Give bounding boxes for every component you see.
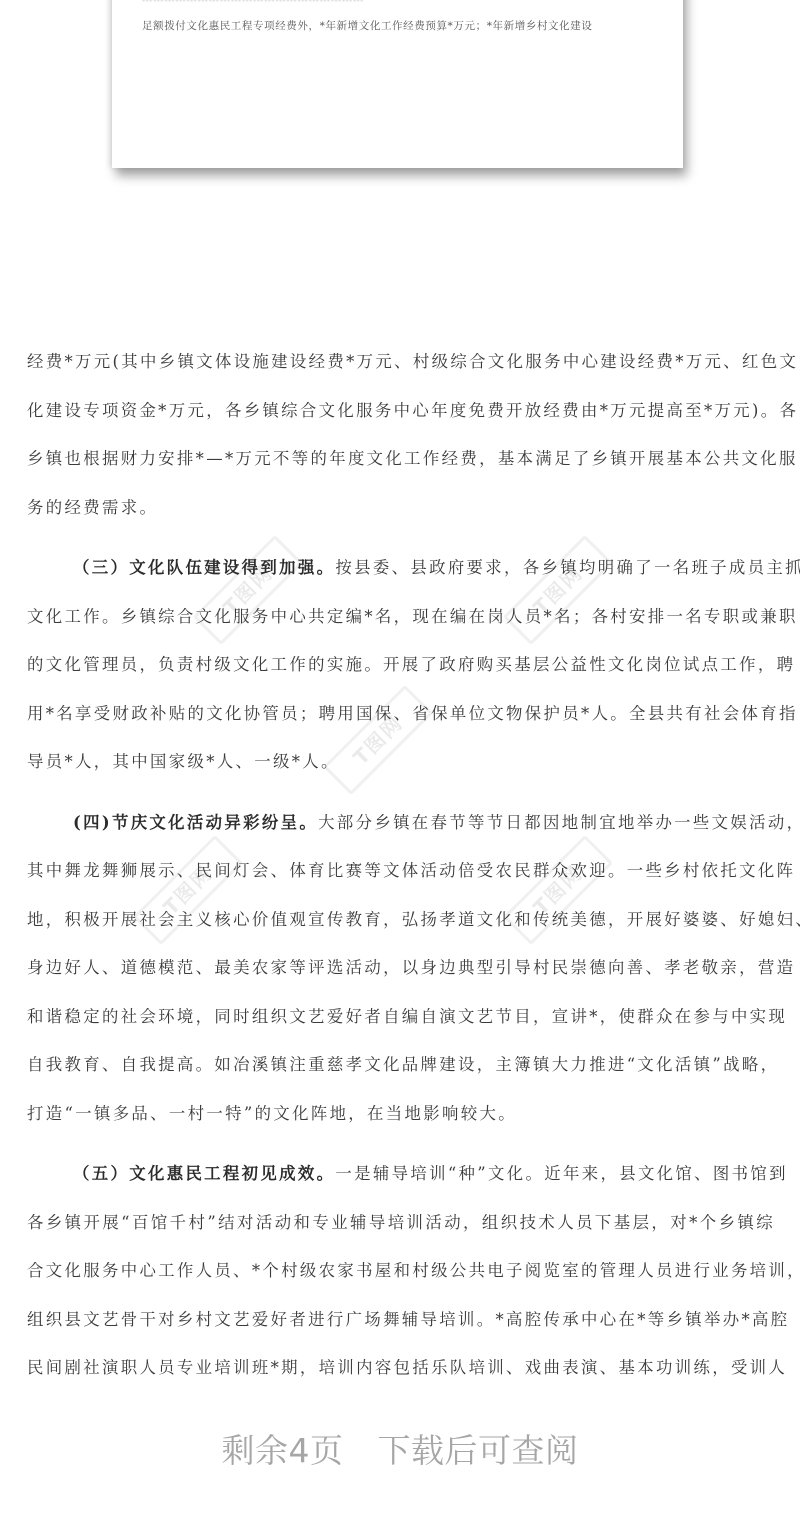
text-line: (四)节庆文化活动异彩纷呈。大部分乡镇在春节等节日都因地制宜地举办一些文娱活动， (27, 799, 775, 848)
section-heading: （三）文化队伍建设得到加强。 (73, 558, 335, 577)
text-line: 经费*万元(其中乡镇文体设施建设经费*万元、村级综合文化服务中心建设经费*万元、… (27, 338, 775, 387)
document-body: 经费*万元(其中乡镇文体设施建设经费*万元、村级综合文化服务中心建设经费*万元、… (27, 338, 775, 1405)
text-run: 大部分乡镇在春节等节日都因地制宜地举办一些文娱活动， (318, 813, 800, 832)
text-run: 一是辅导培训“种”文化。近年来，县文化馆、图书馆到 (335, 1164, 788, 1183)
text-line: 乡镇也根据财力安排*—*万元不等的年度文化工作经费，基本满足了乡镇开展基本公共文… (27, 435, 775, 484)
text-line: （三）文化队伍建设得到加强。按县委、县政府要求，各乡镇均明确了一名班子成员主抓 (27, 544, 775, 593)
remaining-pages-label: 剩余4页 (222, 1431, 344, 1470)
text-line: 组织县文艺骨干对乡村文艺爱好者进行广场舞辅导培训。*高腔传承中心在*等乡镇举办*… (27, 1296, 775, 1345)
paragraph-festival-activities: (四)节庆文化活动异彩纷呈。大部分乡镇在春节等节日都因地制宜地举办一些文娱活动，… (27, 799, 775, 1139)
text-line: （五）文化惠民工程初见成效。一是辅导培训“种”文化。近年来，县文化馆、图书馆到 (27, 1150, 775, 1199)
text-line: 文化工作。乡镇综合文化服务中心共定编*名，现在编在岗人员*名；各村安排一名专职或… (27, 593, 775, 642)
preview-line: 足额拨付文化惠民工程专项经费外，*年新增文化工作经费预算*万元；*年新增乡村文化… (142, 18, 653, 33)
text-line: 务的经费需求。 (27, 484, 775, 533)
paragraph-cultural-benefit: （五）文化惠民工程初见成效。一是辅导培训“种”文化。近年来，县文化馆、图书馆到 … (27, 1150, 775, 1393)
text-line: 身边好人、道德模范、最美农家等评选活动，以身边典型引导村民崇德向善、孝老敬亲，营… (27, 944, 775, 993)
text-line: 地，积极开展社会主义核心价值观宣传教育，弘扬孝道文化和传统美德，开展好婆婆、好媳… (27, 896, 775, 945)
paragraph-team-building: （三）文化队伍建设得到加强。按县委、县政府要求，各乡镇均明确了一名班子成员主抓 … (27, 544, 775, 787)
text-line: 用*名享受财政补贴的文化协管员；聘用国保、省保单位文物保护员*人。全县共有社会体… (27, 690, 775, 739)
text-line: 自我教育、自我提高。如冶溪镇注重慈孝文化品牌建设，主簿镇大力推进“文化活镇”战略… (27, 1041, 775, 1090)
text-line: 和谐稳定的社会环境，同时组织文艺爱好者自编自演文艺节目，宣讲*，使群众在参与中实… (27, 993, 775, 1042)
previous-page-preview: …………………………………………………… 足额拨付文化惠民工程专项经费外，*年新… (112, 0, 683, 168)
text-line: 化建设专项资金*万元，各乡镇综合文化服务中心年度免费开放经费由*万元提高至*万元… (27, 387, 775, 436)
text-line: 其中舞龙舞狮展示、民间灯会、体育比赛等文体活动倍受农民群众欢迎。一些乡村依托文化… (27, 847, 775, 896)
text-line: 民间剧社演职人员专业培训班*期，培训内容包括乐队培训、戏曲表演、基本功训练，受训… (27, 1344, 775, 1393)
text-run: 按县委、县政府要求，各乡镇均明确了一名班子成员主抓 (335, 558, 800, 577)
preview-line-faded: …………………………………………………… (142, 0, 653, 4)
text-line: 的文化管理员，负责村级文化工作的实施。开展了政府购买基层公益性文化岗位试点工作，… (27, 641, 775, 690)
text-line: 各乡镇开展“百馆千村”结对活动和专业辅导培训活动，组织技术人员下基层，对*个乡镇… (27, 1199, 775, 1248)
text-line: 打造“一镇多品、一村一特”的文化阵地，在当地影响较大。 (27, 1090, 775, 1139)
section-heading: （五）文化惠民工程初见成效。 (73, 1164, 335, 1183)
section-heading: (四)节庆文化活动异彩纷呈。 (73, 813, 318, 832)
text-line: 导员*人，其中国家级*人、一级*人。 (27, 738, 775, 787)
download-prompt-label: 下载后可查阅 (378, 1431, 579, 1470)
text-line: 合文化服务中心工作人员、*个村级农家书屋和村级公共电子阅览室的管理人员进行业务培… (27, 1247, 775, 1296)
download-to-read-more-button[interactable]: 剩余4页下载后可查阅 (0, 1425, 800, 1472)
paragraph-funding: 经费*万元(其中乡镇文体设施建设经费*万元、村级综合文化服务中心建设经费*万元、… (27, 338, 775, 532)
